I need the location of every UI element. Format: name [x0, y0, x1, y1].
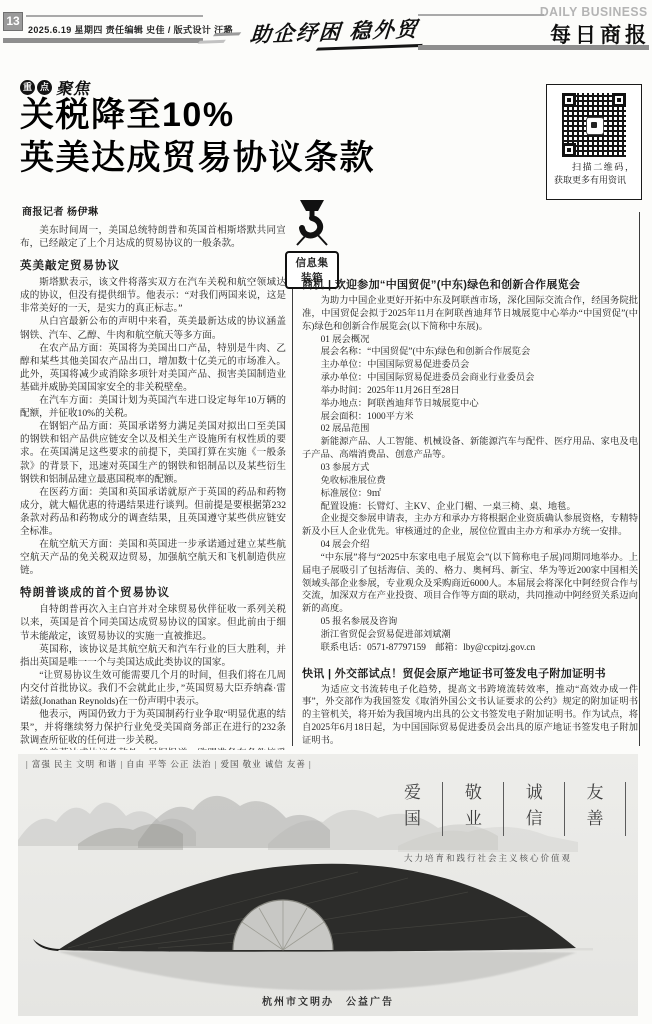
info-paragraph: 配置设施：长臂灯、主KV、企业门楣、一桌三椅、桌、地毯。: [302, 501, 638, 514]
info-paragraph: 免收标准展位费: [302, 475, 638, 488]
article-section: 英美敲定贸易协议 斯塔默表示，该文件将落实双方在汽车关税和航空领域达成的协议，但…: [20, 257, 286, 577]
value-pair: 诚信: [526, 780, 543, 832]
info-paragraph: 03 参展方式: [302, 462, 638, 475]
article-paragraph: 在医药方面：美国和英国承诺就原产于英国的药品和药物成分，就大幅优惠的待遇结果进行…: [20, 486, 286, 538]
tag-circle-icon: 点: [37, 80, 52, 95]
article-lead: 美东时间周一，美国总统特朗普和英国首相斯塔默共同宣布，已经敲定了上个月达成的贸易…: [20, 224, 286, 250]
article-paragraph: 在汽车方面：美国计划为英国汽车进口设定每年10万辆的配额，并征收10%的关税。: [20, 394, 286, 420]
article-paragraph: 从白宫最新公布的声明中来看，英美最新达成的协议涵盖钢铁、汽车、乙醇、牛肉和航空航…: [20, 315, 286, 341]
info-paragraph: 浙江省贸促会贸易促进部刘斌潮: [302, 629, 638, 642]
info-paragraph: “中东展”将与“2025中东家电电子展览会”(以下简称电子展)同期同地举办。上届…: [302, 552, 638, 616]
info-paragraph: 05 报名参展及咨询: [302, 616, 638, 629]
article-paragraph: 在钢铝产品方面：英国承诺努力满足美国对拟出口至美国的钢铁和铝产品供应链安全以及相…: [20, 420, 286, 485]
qr-caption: 扫描二维码，获取更多有用资讯: [547, 161, 641, 187]
header-rule-left-thick: [3, 38, 203, 43]
info-paragraph: 举办时间：2025年11月26日至28日: [302, 385, 638, 398]
info-paragraph-list: 为助力中国企业更好开拓中东及阿联酋市场，深化国际交流合作，经国务院批准，中国贸促…: [302, 295, 638, 655]
header-rule-right-thin: [418, 14, 544, 16]
core-values-block: 爱国 敬业 诚信 友善 大力培育和践行社会主义核心价值观: [404, 780, 626, 864]
main-headline: 关税降至10% 英美达成贸易协议条款: [20, 94, 375, 180]
info-paragraph: 举办地点：阿联酋迪拜节日城展览中心: [302, 398, 638, 411]
masthead-english: DAILY BUSINESS: [540, 4, 648, 19]
article-paragraph-list: 斯塔默表示，该文件将落实双方在汽车关税和航空领域达成的协议，但没有提供细节。他表…: [20, 276, 286, 577]
column-divider-left: [292, 212, 293, 746]
value-pair: 敬业: [465, 780, 482, 832]
article-paragraph: 英国称，该协议是其航空航天和汽车行业的巨大胜利，并指出英国是唯一一个与美国达成此…: [20, 643, 286, 669]
crane-hook-icon: [285, 198, 339, 246]
column-divider-right: [639, 212, 640, 746]
info-paragraph: 为适应文书流转电子化趋势，提高文书跨境流转效率，推动“高效办成一件事”，外交部作…: [302, 684, 638, 746]
article-subhead: 英美敲定贸易协议: [20, 257, 286, 273]
leaf-bridge-illustration: [28, 858, 628, 1008]
headline-line2: 英美达成贸易协议条款: [20, 137, 375, 180]
headline-line1: 关税降至10%: [20, 94, 375, 137]
value-divider: [442, 782, 443, 836]
info-column: 商机 | 欢迎参加“中国贸促”(中东)绿色和创新合作展览会 为助力中国企业更好开…: [302, 276, 638, 746]
value-divider: [503, 782, 504, 836]
article-paragraph: 他表示，两国仍致力于为英国制药行业争取“明显优惠的结果”，并将继续努力保护行业免…: [20, 708, 286, 747]
info-item-title: 快讯 | 外交部试点！贸促会原产地证书可签发电子附加证明书: [302, 665, 638, 681]
article-paragraph-list: 自特朗普再次入主白宫并对全球贸易伙伴征收一系列关税以来，英国是首个同美国达成贸易…: [20, 603, 286, 750]
info-paragraph: 01 展会概况: [302, 334, 638, 347]
article-paragraph: “让贸易协议生效可能需要几个月的时间，但我们将在几周内交付首批协议。我们不会就此…: [20, 669, 286, 708]
value-pair: 爱国: [404, 780, 421, 832]
article-paragraph: 在航空航天方面：美国和英国进一步承诺通过建立某些航空航天产品的免关税双边贸易，加…: [20, 538, 286, 577]
info-paragraph: 企业提交参展申请表，主办方和承办方将根据企业资质确认参展资格，专精特新及小巨人企…: [302, 513, 638, 539]
byline: 商报记者 杨伊琳: [22, 203, 99, 218]
header-rule-right-thick: [418, 45, 649, 50]
value-divider: [564, 782, 565, 836]
campaign-banner: 助企纾困 稳外贸: [249, 13, 420, 49]
info-paragraph: 为助力中国企业更好开拓中东及阿联酋市场，深化国际交流合作，经国务院批准，中国贸促…: [302, 295, 638, 334]
article-paragraph: 自特朗普再次入主白宫并对全球贸易伙伴征收一系列关税以来，英国是首个同美国达成贸易…: [20, 603, 286, 642]
tag-circle-icon: 重: [20, 80, 35, 95]
newspaper-page: 13 2025.6.19 星期四 责任编辑 史佳 / 版式设计 汪璐 助企纾困 …: [0, 0, 652, 1024]
dateline: 2025.6.19 星期四 责任编辑 史佳 / 版式设计 汪璐: [28, 23, 233, 36]
core-values-line: | 富强 民主 文明 和谐 | 自由 平等 公正 法治 | 爱国 敬业 诚信 友…: [26, 758, 312, 770]
ad-credit: 杭州市文明办 公益广告: [18, 993, 638, 1008]
value-pair: 友善: [587, 780, 604, 832]
info-paragraph: 02 展品范围: [302, 423, 638, 436]
info-paragraph: 承办单位：中国国际贸易促进委员会商业行业委员会: [302, 372, 638, 385]
article-paragraph: 斯塔默表示，该文件将落实双方在汽车关税和航空领域达成的协议，但没有提供细节。他表…: [20, 276, 286, 315]
article-section: 特朗普谈成的首个贸易协议 自特朗普再次入主白宫并对全球贸易伙伴征收一系列关税以来…: [20, 584, 286, 750]
info-paragraph: 新能源产品、人工智能、机械设备、新能源汽车与配件、医疗用品、家电及电子产品、高端…: [302, 436, 638, 462]
page-number: 13: [3, 12, 23, 31]
info-paragraph: 展会面积：1000平方米: [302, 411, 638, 424]
info-paragraph: 04 展会介绍: [302, 539, 638, 552]
public-service-ad: | 富强 民主 文明 和谐 | 自由 平等 公正 法治 | 爱国 敬业 诚信 友…: [18, 754, 638, 1016]
info-paragraph: 主办单位：中国国际贸易促进委员会: [302, 359, 638, 372]
info-paragraph: 联系电话：0571-87797159 邮箱：lby@ccpitzj.gov.cn: [302, 642, 638, 655]
article-paragraph: 在农产品方面：英国将为美国出口产品，特别是牛肉、乙醇和某些其他美国农产品出口，增…: [20, 342, 286, 394]
info-paragraph: 展会名称：“中国贸促”(中东)绿色和创新合作展览会: [302, 346, 638, 359]
qr-code-icon: [562, 93, 626, 157]
article-subhead: 特朗普谈成的首个贸易协议: [20, 584, 286, 600]
article-paragraph: 除美英达成协议条款外，另据报道，欧盟准备有条件接受美国10%的统一关税。同一天(…: [20, 747, 286, 750]
info-paragraph: 标准展位：9㎡: [302, 488, 638, 501]
header-rule-left-thin: [26, 15, 203, 17]
info-item-title: 商机 | 欢迎参加“中国贸促”(中东)绿色和创新合作展览会: [302, 276, 638, 292]
value-divider: [625, 782, 626, 836]
main-article: 美东时间周一，美国总统特朗普和英国首相斯塔默共同宣布，已经敲定了上个月达成的贸易…: [20, 224, 286, 750]
info-paragraph-list: 为适应文书流转电子化趋势，提高文书跨境流转效率，推动“高效办成一件事”，外交部作…: [302, 684, 638, 746]
qr-panel: 扫描二维码，获取更多有用资讯: [546, 84, 642, 200]
